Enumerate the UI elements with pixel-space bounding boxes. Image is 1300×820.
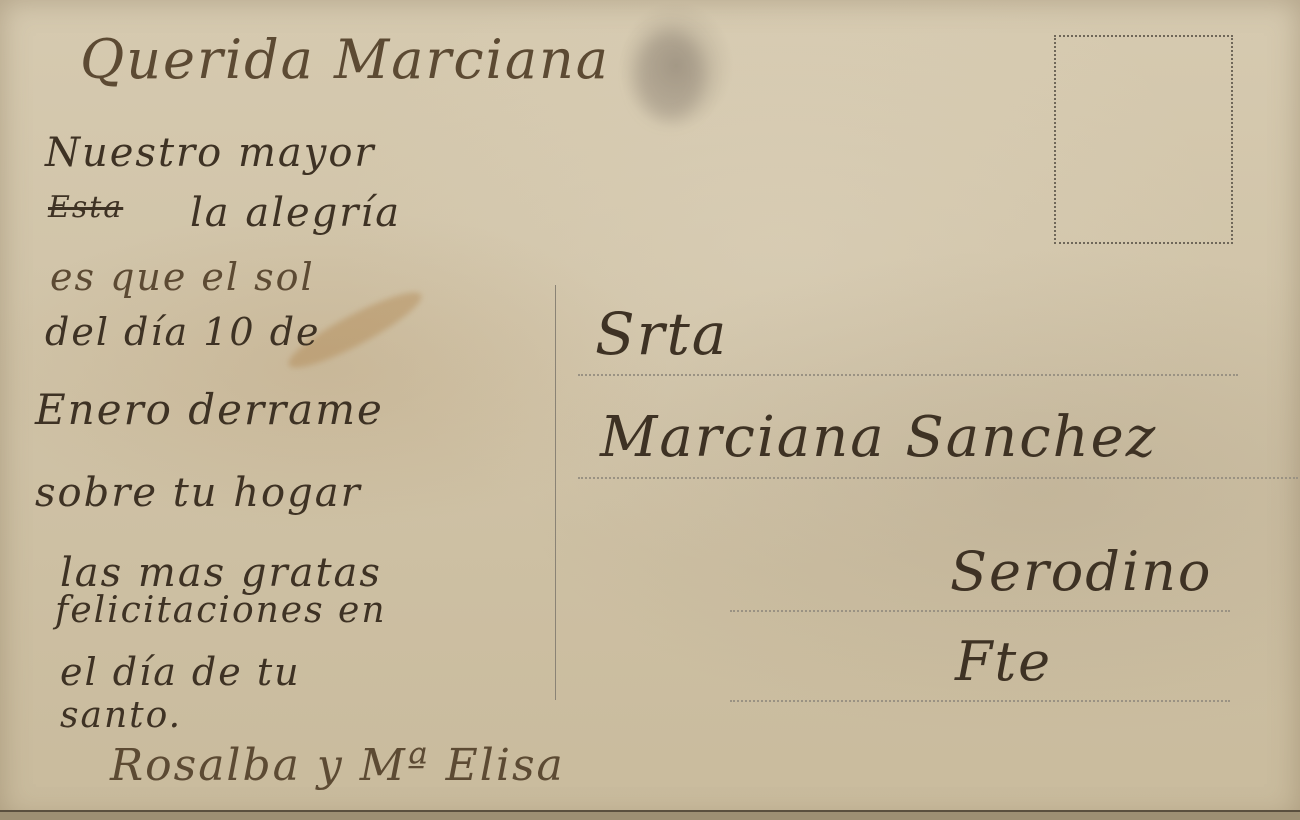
message-line-3: es que el sol <box>50 255 315 299</box>
message-line-6: sobre tu hogar <box>35 470 362 516</box>
message-line-2: la alegría <box>190 190 401 236</box>
address-line-4 <box>730 700 1230 702</box>
ink-smudge <box>635 30 705 120</box>
struck-word: Esta <box>48 190 123 225</box>
signature: Rosalba y Mª Elisa <box>110 740 565 791</box>
address-abbrev: Fte <box>955 630 1052 693</box>
stamp-placeholder-box <box>1054 35 1233 244</box>
greeting: Querida Marciana <box>80 28 610 91</box>
address-name: Marciana Sanchez <box>600 405 1157 470</box>
message-line-9: el día de tu <box>60 650 301 694</box>
message-line-8: felicitaciones en <box>55 590 387 631</box>
center-divider-line <box>555 285 556 700</box>
card-bottom-edge <box>0 810 1300 820</box>
address-town: Serodino <box>950 540 1212 603</box>
message-line-1: Nuestro mayor <box>45 130 376 176</box>
postcard: Querida Marciana Nuestro mayor Esta la a… <box>0 0 1300 820</box>
address-line-3 <box>730 610 1230 612</box>
address-line-1 <box>578 374 1238 376</box>
message-line-10: santo. <box>60 695 182 736</box>
message-line-4: del día 10 de <box>45 310 321 354</box>
address-title: Srta <box>595 300 728 368</box>
address-line-2 <box>578 477 1298 479</box>
message-line-5: Enero derrame <box>35 385 384 434</box>
